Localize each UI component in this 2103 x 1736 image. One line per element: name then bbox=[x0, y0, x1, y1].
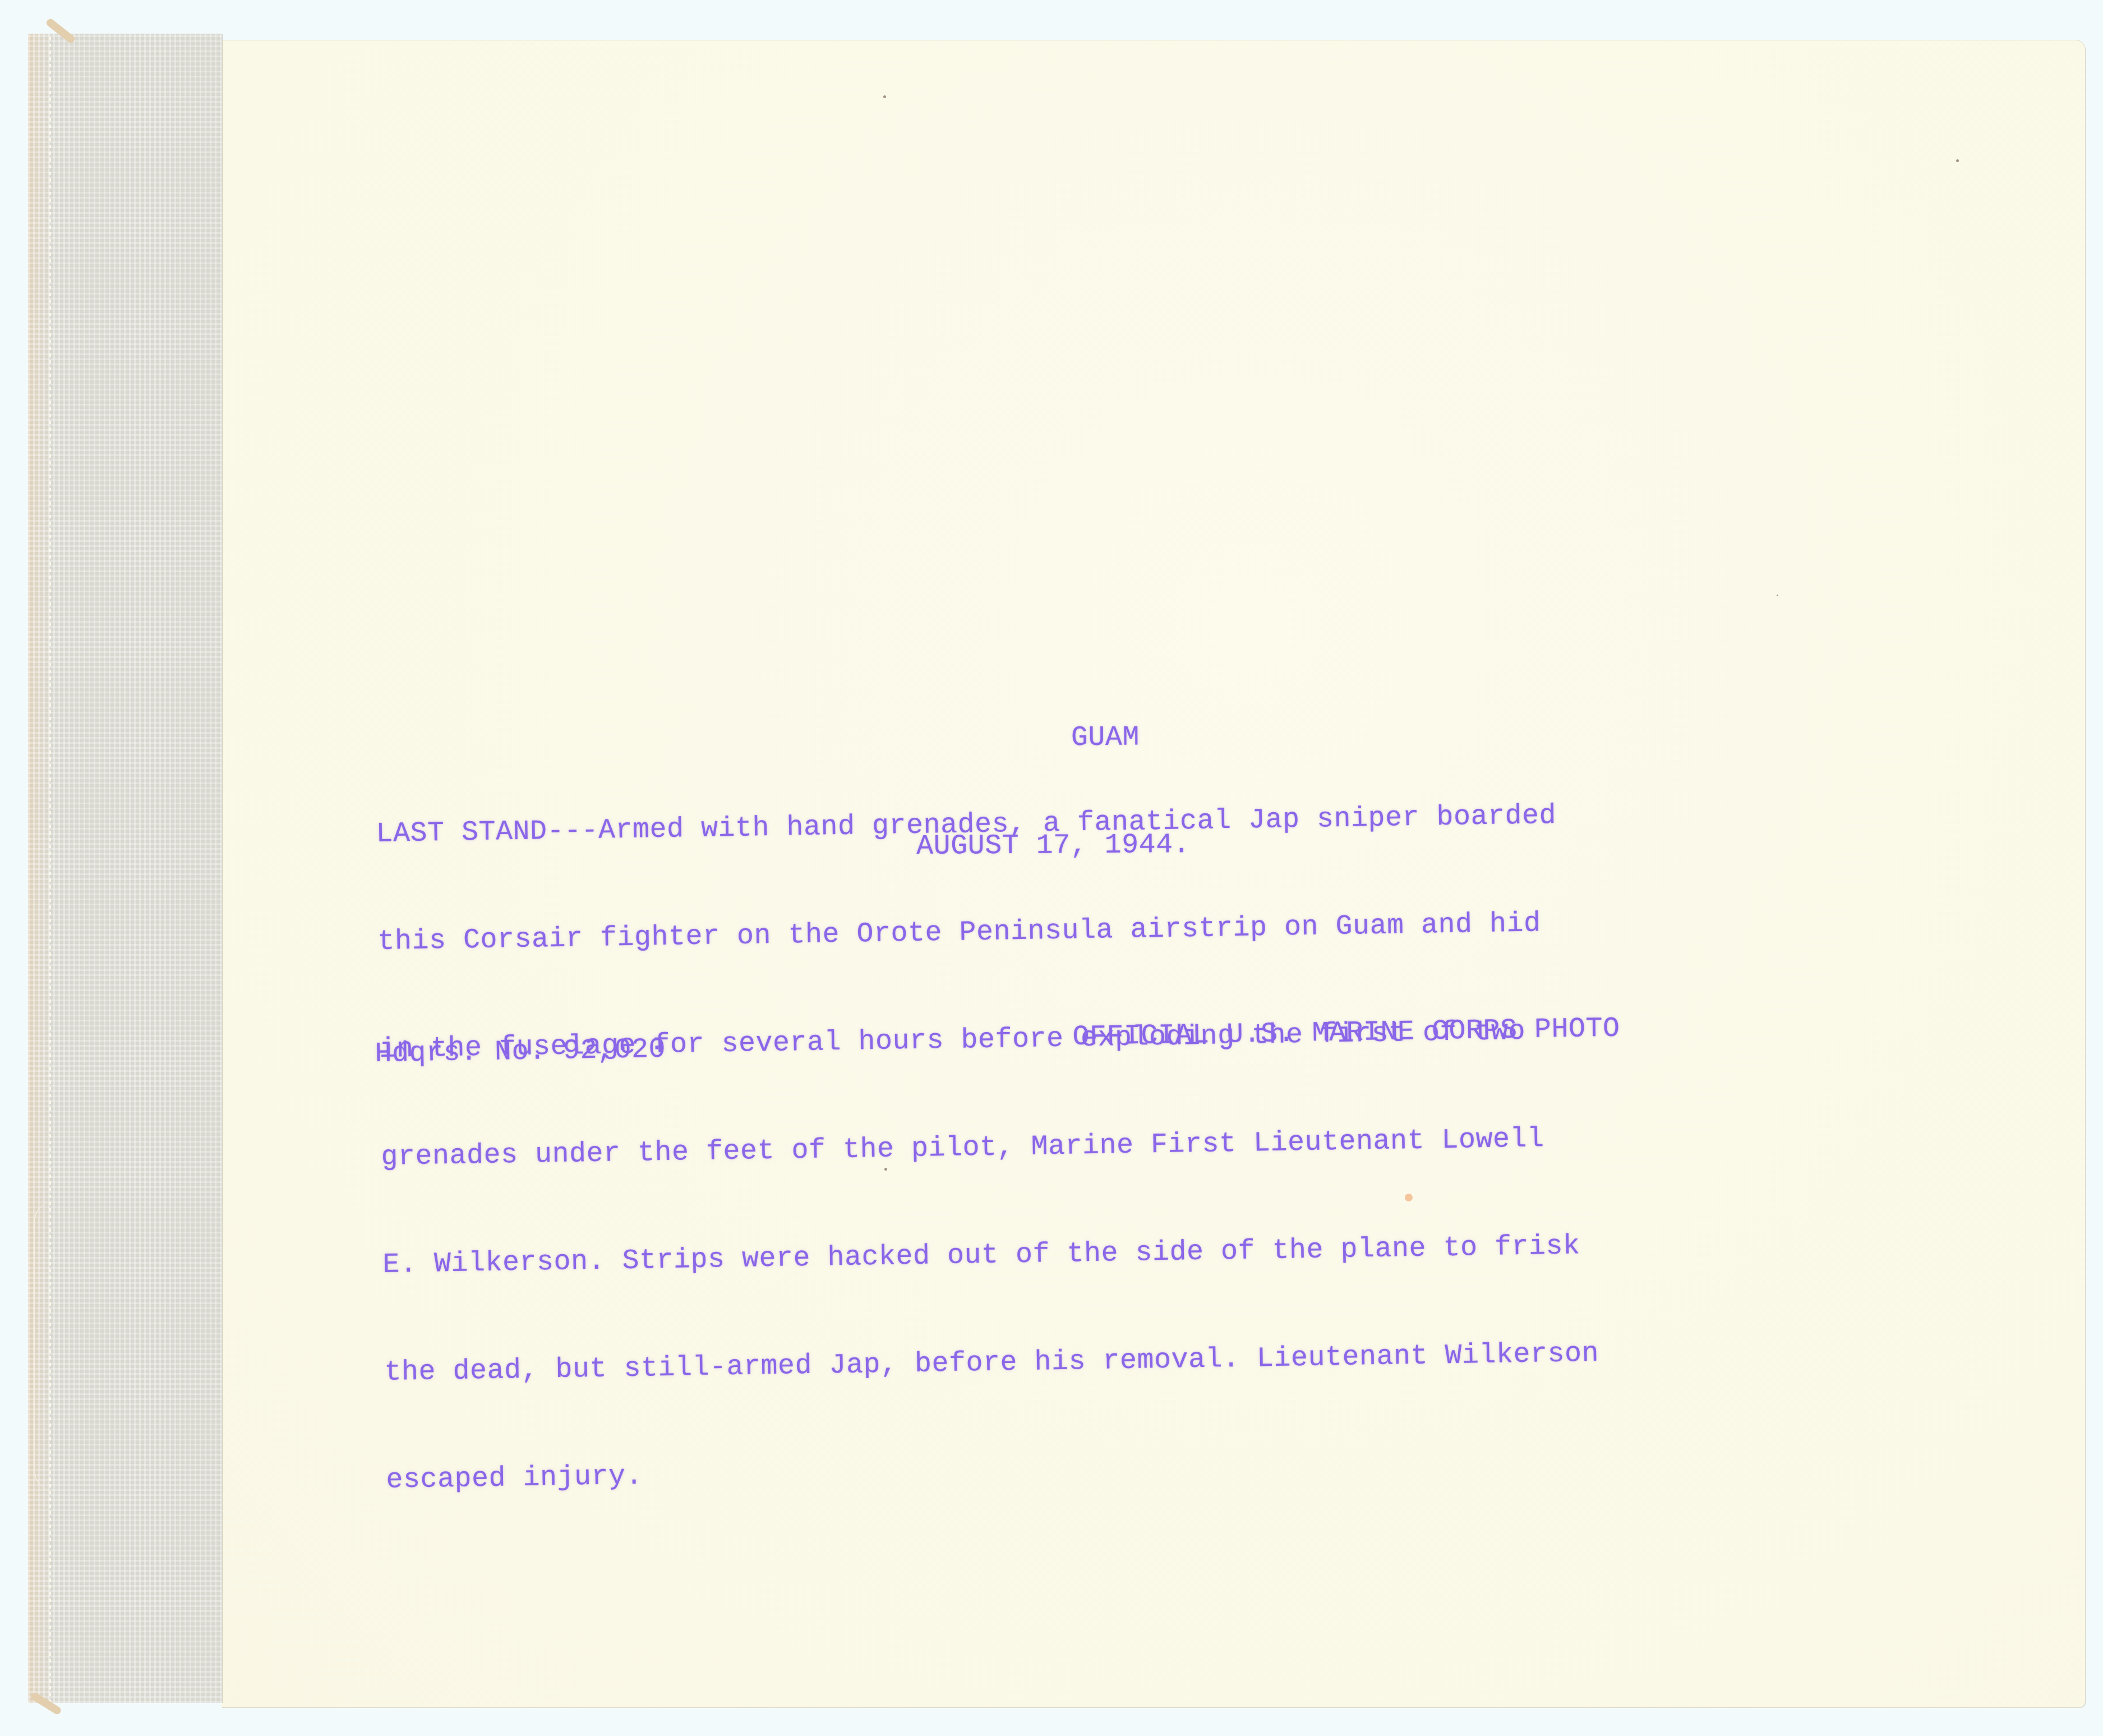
caption-line: E. Wilkerson. Strips were hacked out of … bbox=[382, 1228, 1598, 1283]
caption-line: this Corsair fighter on the Orote Penins… bbox=[377, 905, 1593, 960]
caption-body: LAST STAND---Armed with hand grenades, a… bbox=[375, 726, 1602, 1571]
dust-speck bbox=[1956, 159, 1959, 162]
paper-stain bbox=[1405, 1194, 1413, 1201]
dust-speck bbox=[1777, 595, 1778, 596]
scanned-document: GUAM AUGUST 17, 1944. LAST STAND---Armed… bbox=[0, 0, 2103, 1736]
loose-thread bbox=[34, 1200, 57, 1492]
dust-speck bbox=[884, 1168, 887, 1171]
caption-line: the dead, but still-armed Jap, before hi… bbox=[384, 1336, 1599, 1391]
caption-line: LAST STAND---Armed with hand grenades, a… bbox=[376, 798, 1591, 853]
caption-line: grenades under the feet of the pilot, Ma… bbox=[381, 1121, 1596, 1176]
caption-line: escaped injury. bbox=[386, 1444, 1601, 1499]
headquarters-reference-number: Hdqrs. No. 92,020 bbox=[375, 1032, 666, 1072]
dust-speck bbox=[883, 95, 886, 98]
